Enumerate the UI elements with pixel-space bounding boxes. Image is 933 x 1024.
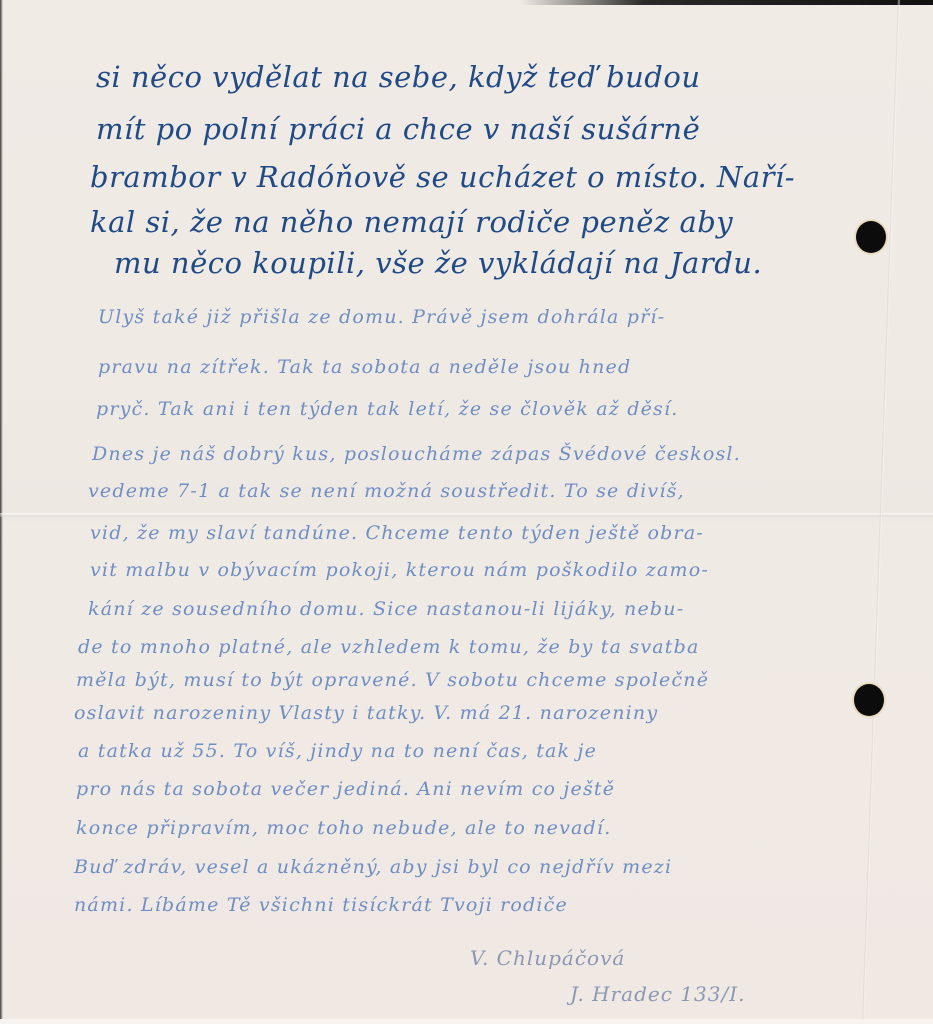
- letter-page: si něco vydělat na sebe, když teď budou …: [0, 0, 933, 1024]
- text-line: si něco vydělat na sebe, když teď budou: [96, 60, 701, 94]
- text-line: kal si, že na něho nemají rodiče peněz a…: [90, 205, 733, 239]
- text-line: vid, že my slaví tandúne. Chceme tento t…: [90, 522, 704, 544]
- horizontal-fold-crease: [0, 513, 933, 517]
- text-line: námi. Líbáme Tě všichni tisíckrát Tvoji …: [74, 894, 568, 916]
- text-line: Ulyš také již přišla ze domu. Právě jsem…: [98, 306, 665, 328]
- text-line: oslavit narozeniny Vlasty i tatky. V. má…: [74, 702, 658, 724]
- punch-hole: [854, 684, 884, 716]
- signature-address: J. Hradec 133/I.: [570, 982, 745, 1006]
- page-top-shadow: [520, 0, 933, 5]
- text-line: měla být, musí to být opravené. V sobotu…: [76, 669, 709, 691]
- text-line: a tatka už 55. To víš, jindy na to není …: [78, 740, 597, 762]
- text-line: konce připravím, moc toho nebude, ale to…: [76, 817, 611, 839]
- page-left-edge: [0, 0, 3, 1024]
- vertical-fold-crease: [862, 0, 900, 1024]
- text-line: pryč. Tak ani i ten týden tak letí, že s…: [96, 398, 678, 420]
- text-line: brambor v Radóňově se ucházet o místo. N…: [90, 160, 795, 194]
- text-line: pro nás ta sobota večer jediná. Ani neví…: [76, 778, 615, 800]
- text-line: vit malbu v obývacím pokoji, kterou nám …: [90, 559, 709, 581]
- text-line: Buď zdráv, vesel a ukázněný, aby jsi byl…: [74, 856, 672, 878]
- page-bottom-edge: [0, 1019, 933, 1024]
- text-line: de to mnoho platné, ale vzhledem k tomu,…: [78, 636, 700, 658]
- text-line: kání ze sousedního domu. Sice nastanou-l…: [88, 598, 684, 620]
- signature-name: V. Chlupáčová: [470, 946, 625, 970]
- text-line: mu něco koupili, vše že vykládají na Jar…: [114, 246, 762, 280]
- text-line: vedeme 7-1 a tak se není možná soustředi…: [88, 480, 685, 502]
- text-line: mít po polní práci a chce v naší sušárně: [96, 112, 700, 146]
- punch-hole: [856, 221, 886, 253]
- text-line: Dnes je náš dobrý kus, posloucháme zápas…: [92, 443, 741, 465]
- text-line: pravu na zítřek. Tak ta sobota a neděle …: [98, 356, 631, 378]
